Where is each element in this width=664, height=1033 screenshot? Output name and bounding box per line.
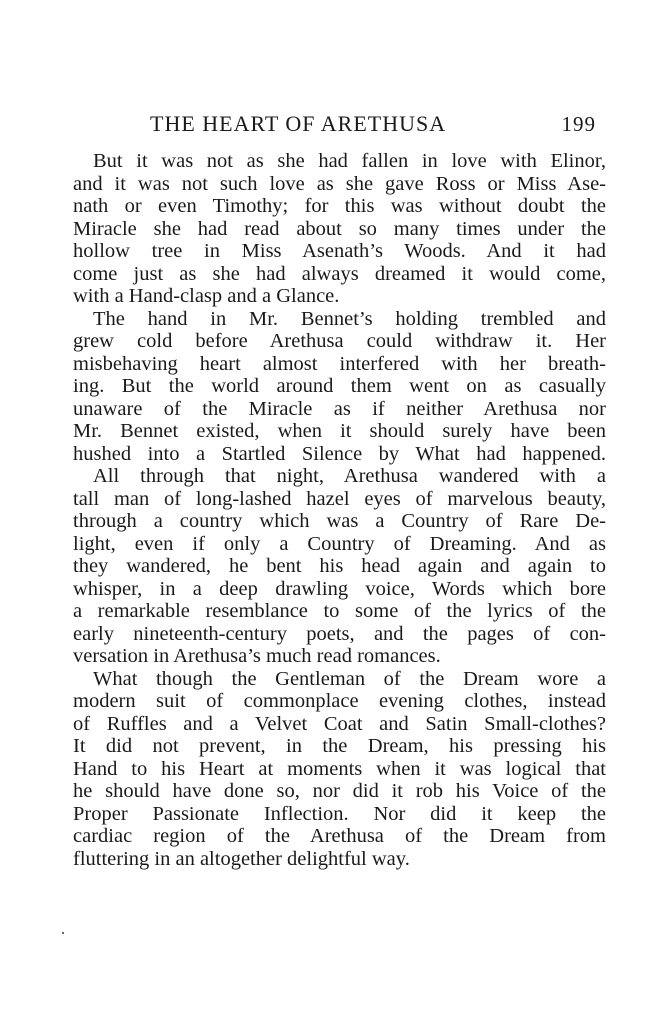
text-line: It did not prevent, in the Dream, his pr… [73, 735, 606, 758]
text-line: Mr. Bennet existed, when it should surel… [73, 420, 606, 443]
text-line: All through that night, Arethusa wandere… [73, 465, 606, 488]
running-title: THE HEART OF ARETHUSA [150, 111, 446, 137]
text-line: Miracle she had read about so many times… [73, 218, 606, 241]
text-line: versation in Arethusa’s much read romanc… [73, 645, 606, 668]
body-text: But it was not as she had fallen in love… [73, 150, 606, 870]
text-line: Proper Passionate Inflection. Nor did it… [73, 803, 606, 826]
text-line: unaware of the Miracle as if neither Are… [73, 398, 606, 421]
text-line: light, even if only a Country of Dreamin… [73, 533, 606, 556]
book-page: THE HEART OF ARETHUSA 199 But it was not… [0, 0, 664, 1033]
text-line: misbehaving heart almost interfered with… [73, 353, 606, 376]
text-line: a remarkable resemblance to some of the … [73, 600, 606, 623]
text-line: tall man of long-lashed hazel eyes of ma… [73, 488, 606, 511]
text-line: nath or even Timothy; for this was witho… [73, 195, 606, 218]
text-line: grew cold before Arethusa could withdraw… [73, 330, 606, 353]
text-line: they wandered, he bent his head again an… [73, 555, 606, 578]
text-line: What though the Gentleman of the Dream w… [73, 668, 606, 691]
text-line: he should have done so, nor did it rob h… [73, 780, 606, 803]
running-head: THE HEART OF ARETHUSA 199 [150, 111, 610, 139]
text-line: with a Hand-clasp and a Glance. [73, 285, 606, 308]
page-number: 199 [562, 112, 597, 137]
text-line: of Ruffles and a Velvet Coat and Satin S… [73, 713, 606, 736]
text-line: Hand to his Heart at moments when it was… [73, 758, 606, 781]
text-line: hollow tree in Miss Asenath’s Woods. And… [73, 240, 606, 263]
text-line: whisper, in a deep drawling voice, Words… [73, 578, 606, 601]
text-line: come just as she had always dreamed it w… [73, 263, 606, 286]
text-line: fluttering in an altogether delightful w… [73, 848, 606, 871]
text-line: and it was not such love as she gave Ros… [73, 173, 606, 196]
text-line: hushed into a Startled Silence by What h… [73, 443, 606, 466]
text-line: modern suit of commonplace evening cloth… [73, 690, 606, 713]
scan-speck [62, 932, 64, 934]
text-line: early nineteenth-century poets, and the … [73, 623, 606, 646]
text-line: The hand in Mr. Bennet’s holding tremble… [73, 308, 606, 331]
text-line: But it was not as she had fallen in love… [73, 150, 606, 173]
text-line: ing. But the world around them went on a… [73, 375, 606, 398]
text-line: cardiac region of the Arethusa of the Dr… [73, 825, 606, 848]
text-line: through a country which was a Country of… [73, 510, 606, 533]
